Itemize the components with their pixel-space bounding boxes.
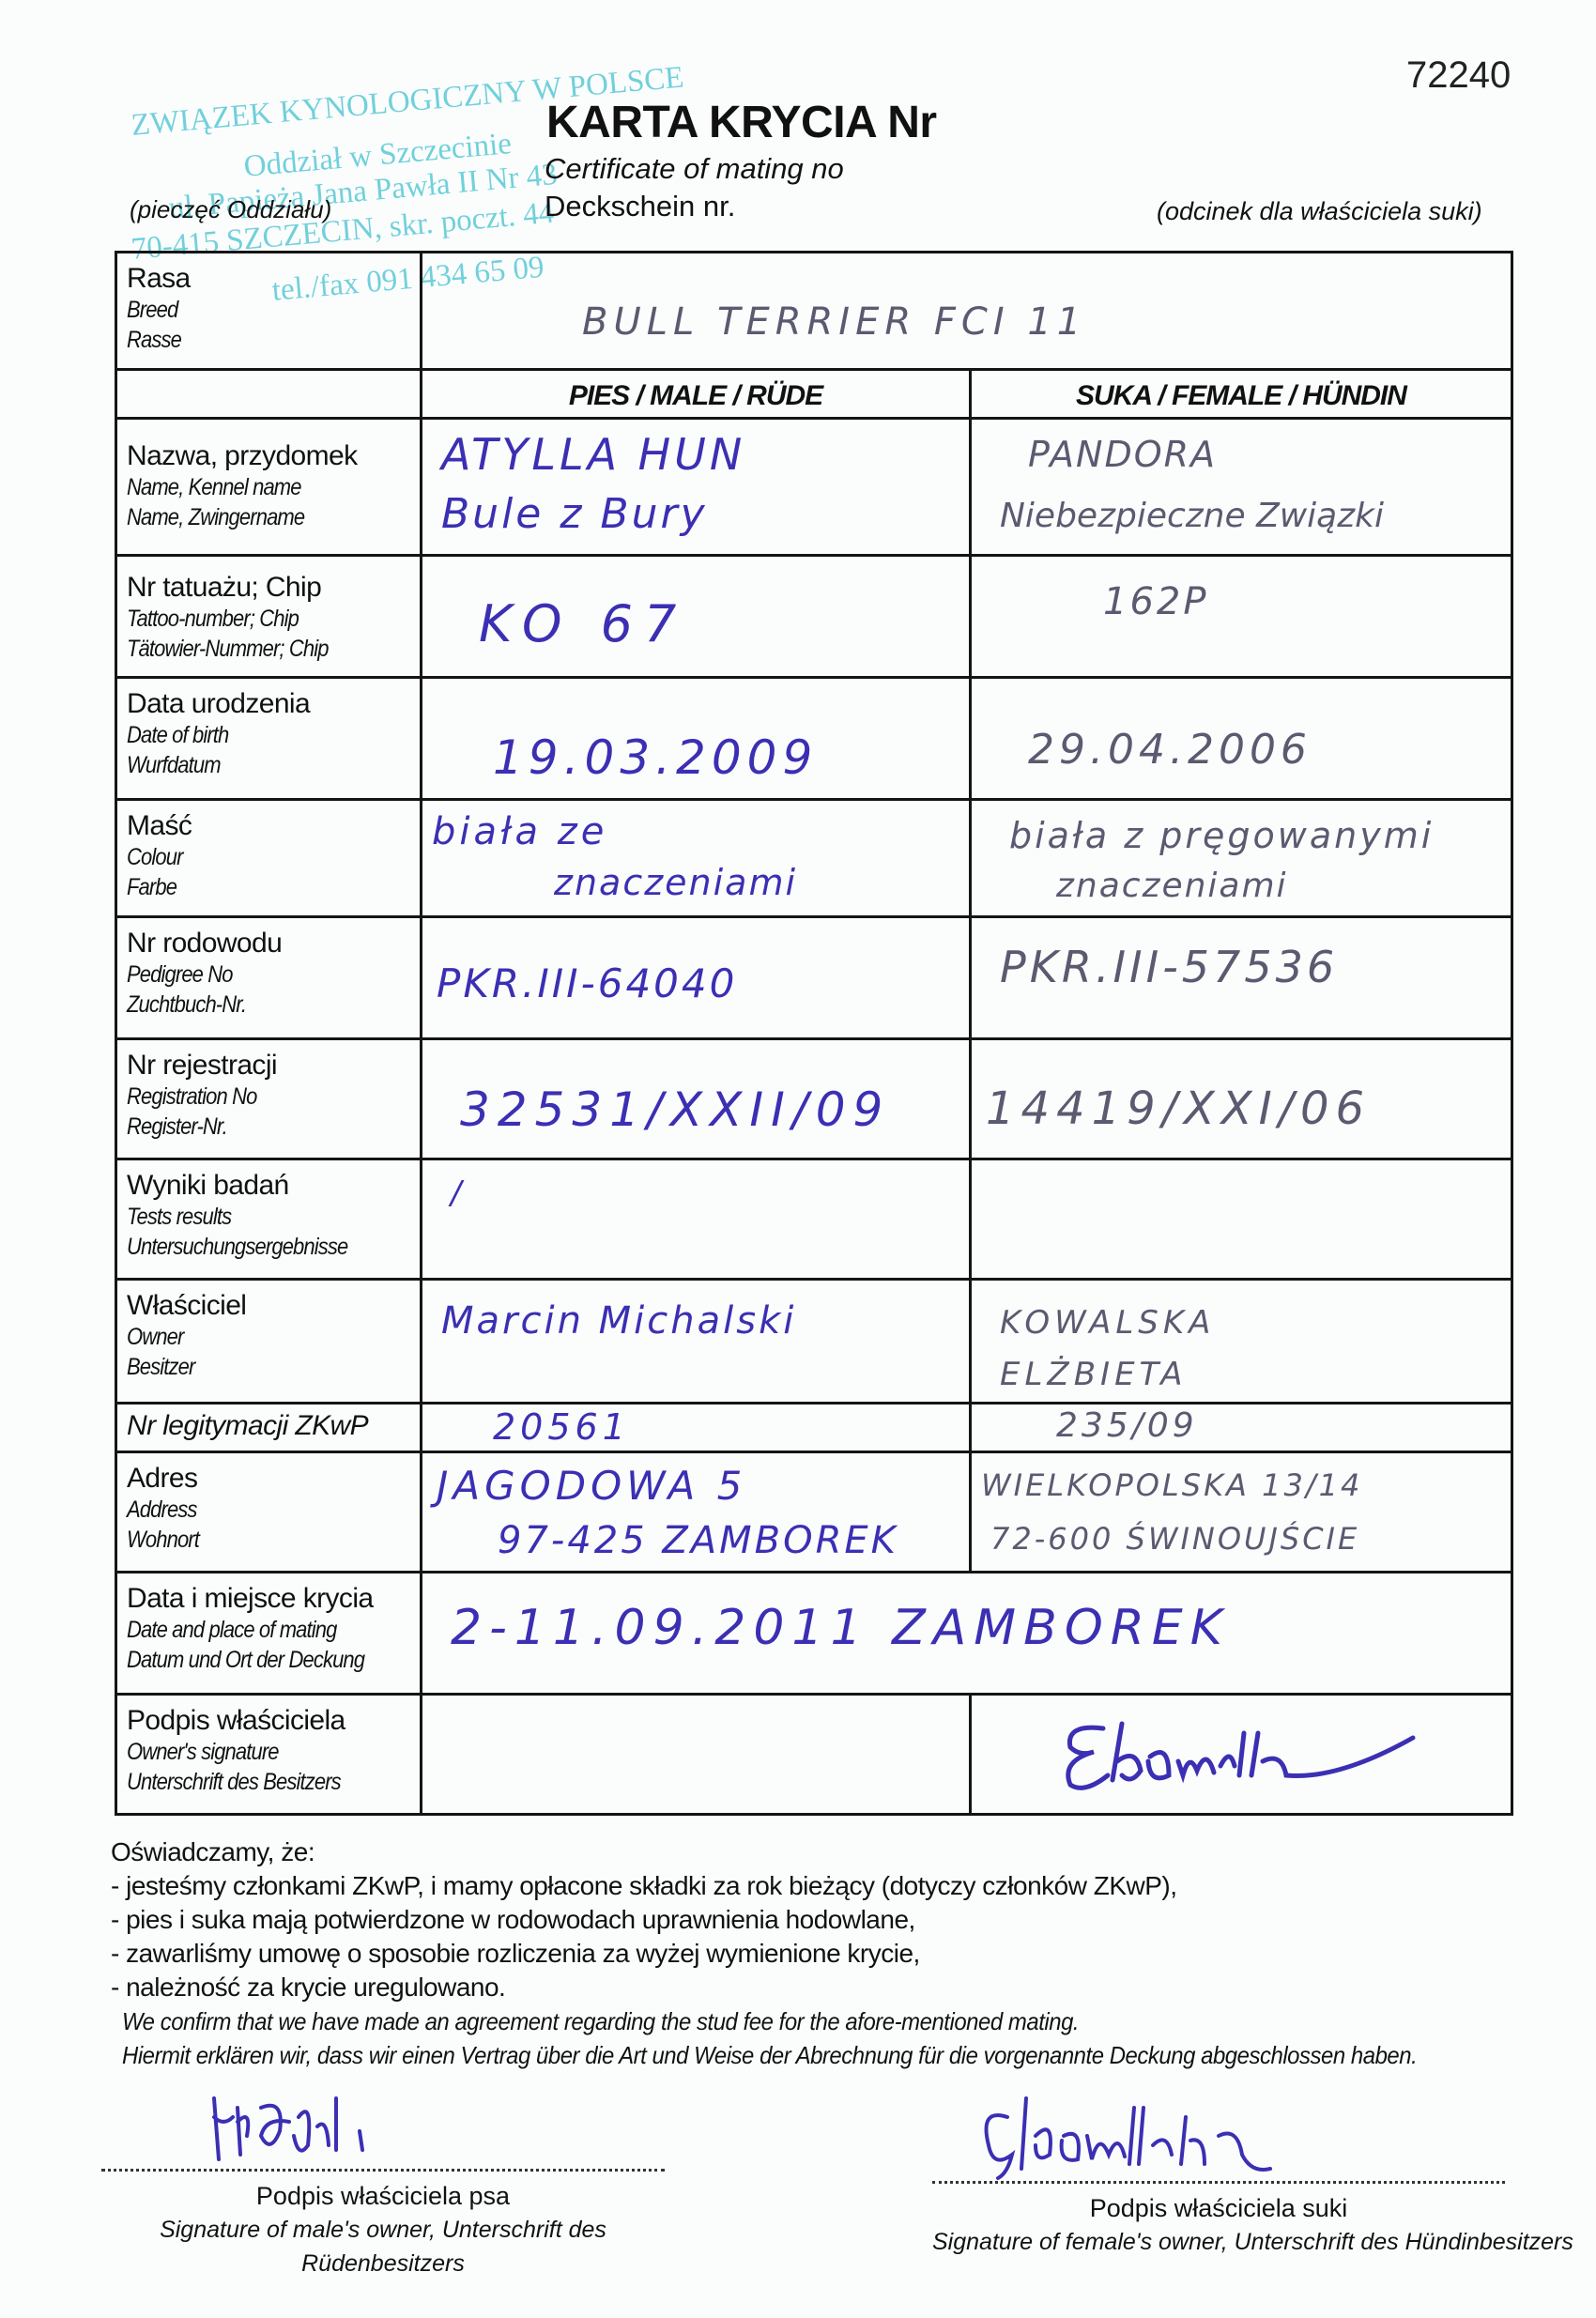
female-colour-cell[interactable]: biała z pręgowanymi znaczeniami (971, 800, 1512, 917)
subtitle-de: Deckschein nr. (545, 190, 735, 223)
female-dob-cell[interactable]: 29.04.2006 (971, 678, 1512, 800)
colour-label: Maść Colour Farbe (116, 800, 422, 917)
label-en: Tattoo-number; Chip (127, 604, 385, 634)
row-pedigree: Nr rodowodu Pedigree No Zuchtbuch-Nr. PK… (116, 917, 1512, 1039)
male-tattoo-cell[interactable]: KO 67 (422, 556, 971, 678)
male-tattoo: KO 67 (479, 594, 687, 653)
male-registration: 32531/XXII/09 (460, 1082, 890, 1137)
male-colour-cell[interactable]: biała ze znaczeniami (422, 800, 971, 917)
male-name: ATYLLA HUN (441, 429, 745, 480)
female-tattoo-cell[interactable]: 162P (971, 556, 1512, 678)
dob-label: Data urodzenia Date of birth Wurfdatum (116, 678, 422, 800)
female-name-cell[interactable]: PANDORA Niebezpieczne Związki (971, 419, 1512, 556)
male-registration-cell[interactable]: 32531/XXII/09 (422, 1039, 971, 1159)
row-owner: Właściciel Owner Besitzer Marcin Michals… (116, 1280, 1512, 1404)
female-signature-icon (970, 2080, 1402, 2183)
male-owner-signature-block: Podpis właściciela psa Signature of male… (101, 2080, 665, 2280)
label-de: Wurfdatum (127, 750, 385, 780)
label-de: Tätowier-Nummer; Chip (127, 634, 385, 664)
declaration-item: - zawarliśmy umowę o sposobie rozliczeni… (111, 1937, 1529, 1971)
male-signature-icon (195, 2080, 571, 2164)
tattoo-label: Nr tatuażu; Chip Tattoo-number; Chip Tät… (116, 556, 422, 678)
male-signature-label-en: Signature of male's owner, Unterschrift … (101, 2213, 665, 2280)
male-signature-label: Podpis właściciela psa (101, 2179, 665, 2213)
label-pl: Właściciel (127, 1290, 420, 1322)
label-pl: Data i miejsce krycia (127, 1583, 420, 1615)
male-address-line2: 97-425 ZAMBOREK (498, 1519, 898, 1562)
declaration-en: We confirm that we have made an agreemen… (122, 2004, 1417, 2038)
label-pl: Nr rejestracji (127, 1050, 420, 1082)
row-date-of-birth: Data urodzenia Date of birth Wurfdatum 1… (116, 678, 1512, 800)
male-owner-signature-cell[interactable] (422, 1695, 971, 1815)
declaration-item: - jesteśmy członkami ZKwP, i mamy opłaco… (111, 1869, 1529, 1903)
male-address-line1: JAGODOWA 5 (437, 1463, 746, 1509)
label-en: Pedigree No (127, 959, 385, 990)
mating-date-place: 2-11.09.2011 ZAMBOREK (451, 1600, 1230, 1656)
label-de: Name, Zwingername (127, 502, 385, 532)
label-pl: Nr rodowodu (127, 928, 420, 959)
label-pl: Adres (127, 1463, 420, 1495)
female-signature-label-en: Signature of female's owner, Unterschrif… (932, 2225, 1505, 2259)
male-address-cell[interactable]: JAGODOWA 5 97-425 ZAMBOREK (422, 1452, 971, 1573)
label-de: Besitzer (127, 1352, 385, 1382)
certificate-serial-number: 72240 (1406, 54, 1511, 97)
zkwp-label: Nr legitymacji ZKwP (116, 1404, 422, 1452)
row-registration: Nr rejestracji Registration No Register-… (116, 1039, 1512, 1159)
label-en: Colour (127, 842, 385, 872)
female-name: PANDORA (1028, 434, 1217, 475)
male-owner-cell[interactable]: Marcin Michalski (422, 1280, 971, 1404)
registration-label: Nr rejestracji Registration No Register-… (116, 1039, 422, 1159)
female-owner-cell[interactable]: KOWALSKA ELŻBIETA (971, 1280, 1512, 1404)
row-zkwp-id: Nr legitymacji ZKwP 20561 235/09 (116, 1404, 1512, 1452)
row-address: Adres Address Wohnort JAGODOWA 5 97-425 … (116, 1452, 1512, 1573)
label-pl: Nr legitymacji ZKwP (127, 1410, 420, 1442)
label-en: Tests results (127, 1202, 385, 1232)
name-label: Nazwa, przydomek Name, Kennel name Name,… (116, 419, 422, 556)
label-en: Owner's signature (127, 1737, 385, 1767)
female-owner-signature-icon (1028, 1696, 1554, 1808)
female-registration-cell[interactable]: 14419/XXI/06 (971, 1039, 1512, 1159)
row-tests: Wyniki badań Tests results Untersuchungs… (116, 1159, 1512, 1280)
female-owner-surname: KOWALSKA (1000, 1304, 1215, 1342)
female-pedigree-cell[interactable]: PKR.III-57536 (971, 917, 1512, 1039)
row-column-headers: PIES / MALE / RÜDE SUKA / FEMALE / HÜNDI… (116, 370, 1512, 419)
male-owner: Marcin Michalski (441, 1299, 796, 1343)
female-header-text: SUKA / FEMALE / HÜNDIN (972, 371, 1511, 412)
stamp-note: (pieczęć Oddziału) (130, 195, 331, 224)
declaration: Oświadczamy, że: - jesteśmy członkami ZK… (111, 1835, 1529, 2072)
declaration-intro: Oświadczamy, że: (111, 1835, 1529, 1869)
male-kennel: Bule z Bury (441, 490, 708, 538)
label-de: Farbe (127, 872, 385, 902)
row-colour: Maść Colour Farbe biała ze znaczeniami b… (116, 800, 1512, 917)
declaration-item: - należność za krycie uregulowano. (111, 1971, 1529, 2004)
female-pedigree: PKR.III-57536 (1000, 942, 1338, 992)
male-dob: 19.03.2009 (493, 730, 818, 785)
female-dob: 29.04.2006 (1028, 726, 1312, 774)
breed-value: BULL TERRIER FCI 11 (582, 300, 1086, 344)
address-label: Adres Address Wohnort (116, 1452, 422, 1573)
pedigree-label: Nr rodowodu Pedigree No Zuchtbuch-Nr. (116, 917, 422, 1039)
label-pl: Wyniki badań (127, 1170, 420, 1202)
female-colour-line2: znaczeniami (1056, 867, 1288, 905)
male-dob-cell[interactable]: 19.03.2009 (422, 678, 971, 800)
female-address-line2: 72-600 ŚWINOUJŚCIE (990, 1521, 1359, 1557)
label-de: Register-Nr. (127, 1112, 385, 1142)
tests-label: Wyniki badań Tests results Untersuchungs… (116, 1159, 422, 1280)
label-de: Zuchtbuch-Nr. (127, 990, 385, 1020)
mating-label: Data i miejsce krycia Date and place of … (116, 1573, 422, 1695)
male-header-text: PIES / MALE / RÜDE (422, 371, 969, 412)
female-column-header: SUKA / FEMALE / HÜNDIN (971, 370, 1512, 419)
female-kennel: Niebezpieczne Związki (1000, 497, 1384, 535)
label-pl: Nr tatuażu; Chip (127, 572, 420, 604)
declaration-de: Hiermit erklären wir, dass wir einen Ver… (122, 2038, 1417, 2072)
mating-form-table: Rasa Breed Rasse BULL TERRIER FCI 11 PIE… (115, 251, 1513, 1816)
male-zkwp-cell[interactable]: 20561 (422, 1404, 971, 1452)
label-en: Date and place of mating (127, 1615, 385, 1645)
label-en: Breed (127, 295, 385, 325)
row-mating: Data i miejsce krycia Date and place of … (116, 1573, 1512, 1695)
label-de: Rasse (127, 325, 385, 355)
label-pl: Maść (127, 810, 420, 842)
declaration-item: - pies i suka mają potwierdzone w rodowo… (111, 1903, 1529, 1937)
label-en: Name, Kennel name (127, 472, 385, 502)
female-owner-firstname: ELŻBIETA (1000, 1356, 1187, 1393)
female-tattoo: 162P (1103, 580, 1208, 623)
label-de: Wohnort (127, 1525, 385, 1555)
female-owner-signature-block: Podpis właściciela suki Signature of fem… (932, 2080, 1505, 2259)
male-colour-line2: znaczeniami (554, 862, 797, 903)
label-pl: Data urodzenia (127, 688, 420, 720)
label-pl: Rasa (127, 263, 420, 295)
breed-label: Rasa Breed Rasse (116, 253, 422, 370)
breed-value-cell[interactable]: BULL TERRIER FCI 11 (422, 253, 1512, 370)
mating-value-cell[interactable]: 2-11.09.2011 ZAMBOREK (422, 1573, 1512, 1695)
male-tests-cell[interactable]: / (422, 1159, 971, 1280)
female-address-line1: WIELKOPOLSKA 13/14 (981, 1467, 1362, 1503)
label-en: Address (127, 1495, 385, 1525)
label-de: Untersuchungsergebnisse (127, 1232, 385, 1262)
row-owner-signature: Podpis właściciela Owner's signature Unt… (116, 1695, 1512, 1815)
label-en: Date of birth (127, 720, 385, 750)
owner-signature-label: Podpis właściciela Owner's signature Unt… (116, 1695, 422, 1815)
label-en: Registration No (127, 1082, 385, 1112)
copy-note: (odcinek dla właściciela suki) (1157, 197, 1482, 226)
female-zkwp: 235/09 (1056, 1406, 1198, 1445)
label-de: Datum und Ort der Deckung (127, 1645, 385, 1675)
page-title: KARTA KRYCIA Nr (546, 97, 937, 148)
male-pedigree-cell[interactable]: PKR.III-64040 (422, 917, 971, 1039)
label-pl: Podpis właściciela (127, 1705, 420, 1737)
male-colour-line1: biała ze (432, 810, 607, 853)
empty-header-cell (116, 370, 422, 419)
row-breed: Rasa Breed Rasse BULL TERRIER FCI 11 (116, 253, 1512, 370)
female-colour-line1: biała z pręgowanymi (1009, 815, 1434, 856)
row-tattoo: Nr tatuażu; Chip Tattoo-number; Chip Tät… (116, 556, 1512, 678)
female-zkwp-cell[interactable]: 235/09 (971, 1404, 1512, 1452)
female-registration: 14419/XXI/06 (986, 1082, 1371, 1135)
label-en: Owner (127, 1322, 385, 1352)
male-pedigree: PKR.III-64040 (437, 960, 737, 1006)
female-signature-label: Podpis właściciela suki (932, 2191, 1505, 2225)
female-address-cell[interactable]: WIELKOPOLSKA 13/14 72-600 ŚWINOUJŚCIE (971, 1452, 1512, 1573)
label-pl: Nazwa, przydomek (127, 440, 420, 472)
female-owner-signature-cell[interactable] (971, 1695, 1512, 1815)
label-de: Unterschrift des Besitzers (127, 1767, 385, 1797)
male-tests: / (451, 1174, 461, 1212)
female-tests-cell[interactable] (971, 1159, 1512, 1280)
male-name-cell[interactable]: ATYLLA HUN Bule z Bury (422, 419, 971, 556)
row-name: Nazwa, przydomek Name, Kennel name Name,… (116, 419, 1512, 556)
male-signature-line (101, 2169, 665, 2172)
owner-label: Właściciel Owner Besitzer (116, 1280, 422, 1404)
male-zkwp: 20561 (493, 1406, 630, 1448)
male-column-header: PIES / MALE / RÜDE (422, 370, 971, 419)
subtitle-en: Certificate of mating no (545, 152, 844, 186)
